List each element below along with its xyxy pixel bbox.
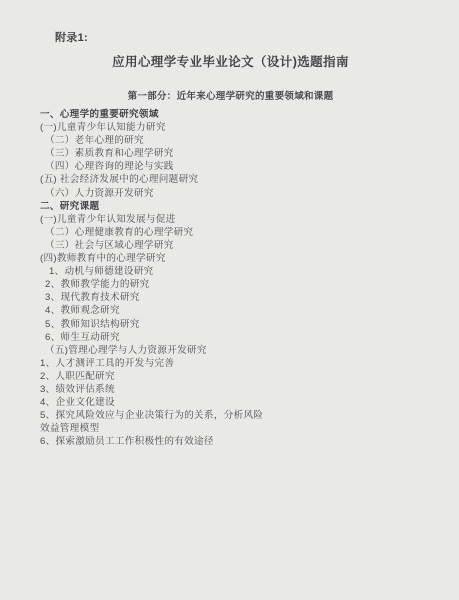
document-line: 2、教师教学能力的研究 — [40, 278, 421, 291]
document-page: 附录1: 应用心理学专业毕业论文（设计)选题指南 第一部分：近年来心理学研究的重… — [0, 0, 459, 600]
document-title: 应用心理学专业毕业论文（设计)选题指南 — [40, 52, 421, 70]
document-line: 5、教师知识结构研究 — [40, 318, 421, 331]
document-body: 一、心理学的重要研究领域(一)儿童青少年认知能力研究（二）老年心理的研究（三）素… — [40, 108, 421, 448]
document-line: 2、人职匹配研究 — [40, 370, 421, 383]
document-line: （三）素质教育和心理学研究 — [40, 147, 421, 160]
document-line: (一)儿童青少年认知能力研究 — [40, 121, 421, 134]
document-line: (四)教师教育中的心理学研究 — [40, 252, 421, 265]
section-heading: 第一部分：近年来心理学研究的重要领域和课题 — [40, 88, 421, 102]
document-line: 二、研究课题 — [40, 200, 421, 213]
appendix-label: 附录1: — [55, 29, 421, 45]
document-line: （三）社会与区域心理学研究 — [40, 239, 421, 252]
document-line: 4、教师观念研究 — [40, 304, 421, 317]
document-line: 1、人才测评工具的开发与完善 — [40, 357, 421, 370]
document-line: 4、企业文化建设 — [40, 396, 421, 409]
document-line: (五) 社会经济发展中的心理问题研究 — [40, 173, 421, 186]
document-line: （四）心理咨询的理论与实践 — [40, 160, 421, 173]
document-line: 6、探索激励员工工作积极性的有效途径 — [40, 435, 421, 448]
document-line: 3、现代教育技术研究 — [40, 291, 421, 304]
document-line: （六）人力资源开发研究 — [40, 187, 421, 200]
document-line: （五)管理心理学与人力资源开发研究 — [40, 344, 421, 357]
document-line: 1、动机与师德建设研究 — [40, 265, 421, 278]
document-line: 效益管理模型 — [40, 422, 421, 435]
document-line: (一)儿童青少年认知发展与促进 — [40, 213, 421, 226]
document-line: 一、心理学的重要研究领域 — [40, 108, 421, 121]
document-line: （二）老年心理的研究 — [40, 134, 421, 147]
document-line: 3、绩效评估系统 — [40, 383, 421, 396]
document-line: （二）心理健康教育的心理学研究 — [40, 226, 421, 239]
document-line: 5、探究风险效应与企业决策行为的关系，分析风险 — [40, 409, 421, 422]
document-line: 6、师生互动研究 — [40, 331, 421, 344]
